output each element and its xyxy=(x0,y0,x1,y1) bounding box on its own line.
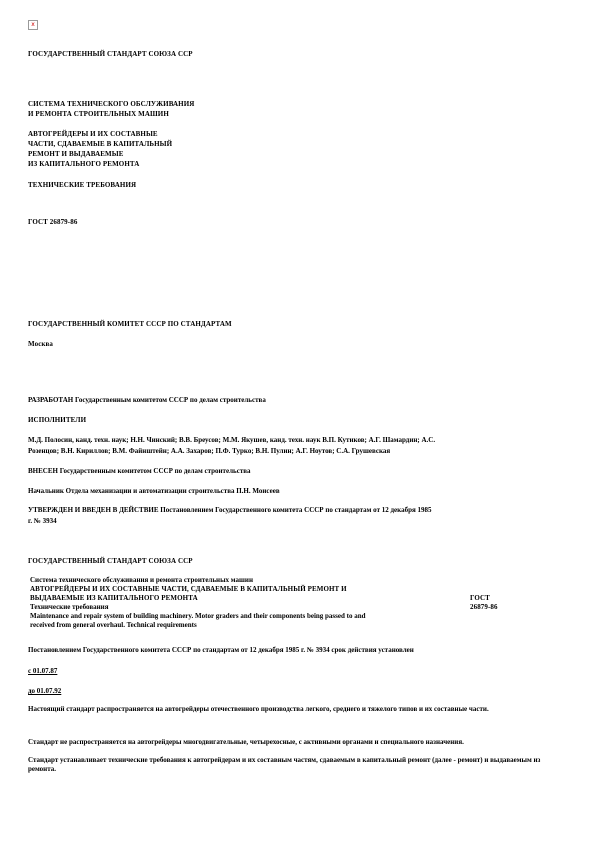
cover-subtitle: ТЕХНИЧЕСКИЕ ТРЕБОВАНИЯ xyxy=(28,181,136,190)
tb-gost-number: 26879-86 xyxy=(470,603,550,612)
standard-header: ГОСУДАРСТВЕННЫЙ СТАНДАРТ СОЮЗА ССР xyxy=(28,557,193,566)
tb-english-line1: Maintenance and repair system of buildin… xyxy=(30,612,550,621)
performers-label: ИСПОЛНИТЕЛИ xyxy=(28,416,86,425)
tb-title-line1: АВТОГРЕЙДЕРЫ И ИХ СОСТАВНЫЕ ЧАСТИ, СДАВА… xyxy=(30,585,470,594)
tb-subtitle: Технические требования xyxy=(30,603,470,612)
introduced-label: ВНЕСЕН xyxy=(28,467,58,475)
system-title-line1: СИСТЕМА ТЕХНИЧЕСКОГО ОБСЛУЖИВАНИЯ xyxy=(28,100,194,109)
tb-english-line2: received from general overhaul. Technica… xyxy=(30,621,470,630)
head-of-department: Начальник Отдела механизации и автоматиз… xyxy=(28,487,568,496)
scope-paragraph: Настоящий стандарт распространяется на а… xyxy=(28,705,568,714)
tb-system: Система технического обслуживания и ремо… xyxy=(30,576,470,585)
date-to: до 01.07.92 xyxy=(28,687,61,696)
approved-text: Постановлением Государственного комитета… xyxy=(160,506,431,514)
cover-header: ГОСУДАРСТВЕННЫЙ СТАНДАРТ СОЮЗА ССР xyxy=(28,50,193,59)
developed-label: РАЗРАБОТАН xyxy=(28,396,73,404)
developed-text: Государственным комитетом СССР по делам … xyxy=(75,396,266,404)
approved-label: УТВЕРЖДЕН И ВВЕДЕН В ДЕЙСТВИЕ xyxy=(28,506,159,514)
requirements-paragraph: Стандарт устанавливает технические требо… xyxy=(28,756,568,774)
performers-line1: М.Д. Полосин, канд. техн. наук; Н.Н. Чин… xyxy=(28,436,568,445)
city: Москва xyxy=(28,340,53,349)
doc-title-line4: ИЗ КАПИТАЛЬНОГО РЕМОНТА xyxy=(28,160,139,169)
introduced-by: ВНЕСЕН Государственным комитетом СССР по… xyxy=(28,467,568,476)
tb-title-line2: ВЫДАВАЕМЫЕ ИЗ КАПИТАЛЬНОГО РЕМОНТА xyxy=(30,594,470,603)
approved-by: УТВЕРЖДЕН И ВВЕДЕН В ДЕЙСТВИЕ Постановле… xyxy=(28,506,568,515)
system-title-line2: И РЕМОНТА СТРОИТЕЛЬНЫХ МАШИН xyxy=(28,110,169,119)
date-from: с 01.07.87 xyxy=(28,667,57,676)
cover-gost-number: ГОСТ 26879-86 xyxy=(28,218,77,227)
doc-title-line2: ЧАСТИ, СДАВАЕМЫЕ В КАПИТАЛЬНЫЙ xyxy=(28,140,172,149)
approved-text-cont: г. № 3934 xyxy=(28,517,57,526)
exclusion-paragraph: Стандарт не распространяется на автогрей… xyxy=(28,738,568,747)
performers-line2: Розенцов; В.Н. Кириллов; В.М. Файнштейн;… xyxy=(28,447,568,456)
doc-title-line3: РЕМОНТ И ВЫДАВАЕМЫЕ xyxy=(28,150,123,159)
broken-image-icon: x xyxy=(28,20,38,30)
doc-title-line1: АВТОГРЕЙДЕРЫ И ИХ СОСТАВНЫЕ xyxy=(28,130,158,139)
title-block: Система технического обслуживания и ремо… xyxy=(30,576,550,630)
developed-by: РАЗРАБОТАН Государственным комитетом ССС… xyxy=(28,396,568,405)
publisher: ГОСУДАРСТВЕННЫЙ КОМИТЕТ СССР ПО СТАНДАРТ… xyxy=(28,320,232,329)
decree-text: Постановлением Государственного комитета… xyxy=(28,646,568,655)
tb-gost-label: ГОСТ xyxy=(470,594,550,603)
introduced-text: Государственным комитетом СССР по делам … xyxy=(60,467,251,475)
